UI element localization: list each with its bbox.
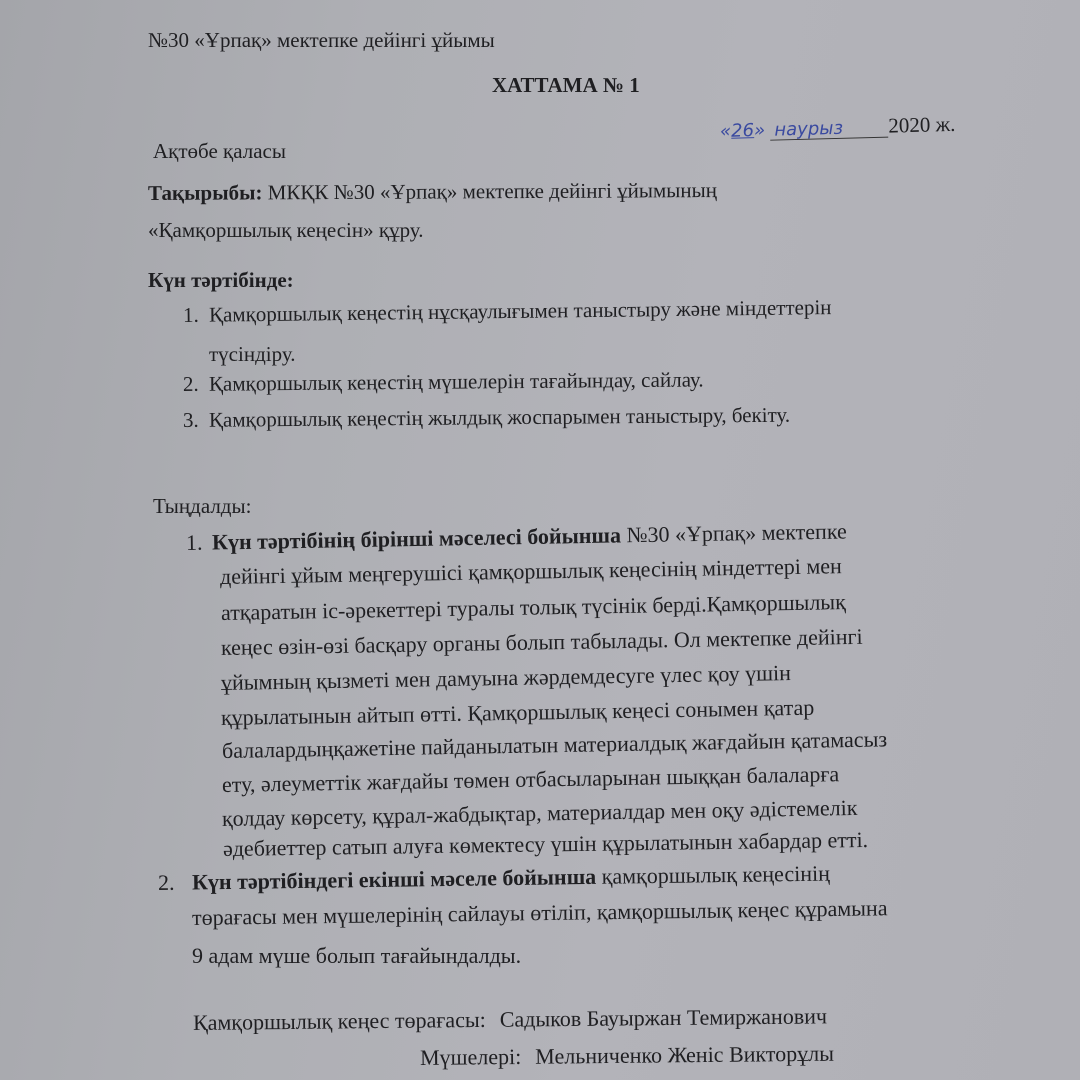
agenda-item-3: 3.Қамқоршылық кеңестің жылдық жоспарымен… [183,405,790,431]
topic-label: Тақырыбы: [148,180,263,205]
city: Ақтөбе қаласы [153,141,286,162]
heard-item-1-line: атқаратын іс-әрекеттері туралы толық түс… [221,591,846,624]
topic-text-1: МКҚК №30 «Ұрпақ» мектепке дейінгі ұйымын… [262,178,717,204]
heard-item-1-line: әдебиеттер сатып алуға көмектесу үшін құ… [223,829,868,860]
heard-item-number: 2. [158,872,192,894]
agenda-heading: Күн тәртібінде: [148,270,294,291]
heard-item-2-line: төрағасы мен мүшелерінің сайлауы өтіліп,… [192,897,888,929]
heard-item-number: 1. [186,532,212,554]
heard-item-1-line: балалардыңқажетіне пайданылатын материал… [222,728,887,762]
topic-line-1: Тақырыбы: МКҚК №30 «Ұрпақ» мектепке дейі… [148,180,717,204]
heard-item-1-line: дейінгі ұйым меңгерушісі қамқоршылық кең… [220,555,842,588]
agenda-item-text: Қамқоршылық кеңестің жылдық жоспарымен т… [209,403,790,432]
heard-item-text: қамқоршылық кеңесінің [596,861,830,889]
agenda-item-text: Қамқоршылық кеңестің мүшелерін тағайында… [209,367,704,395]
date-day-handwritten: 26 [731,120,754,142]
heard-item-1-line: ұйымның қызметі мен дамуына жәрдемдесуге… [221,662,791,694]
member-name: Мельниченко Женіс Викторұлы [535,1041,834,1069]
date-year: 2020 ж. [888,112,956,138]
council-chair-row: Қамқоршылық кеңес төрағасы:Садыков Бауыр… [193,1005,827,1034]
heard-item-lead: Күн тәртібінің бірінші мәселесі бойынша [212,522,621,554]
heard-item-lead: Күн тәртібіндегі екінші мәселе бойынша [192,864,597,895]
date-month-handwritten: наурыз [770,119,888,141]
document-date: «26» наурыз2020 ж. [720,114,956,142]
heard-item-1-line: кеңес өзін-өзі басқару органы болып табы… [221,626,863,659]
document-title: ХАТТАМА № 1 [492,75,640,96]
council-members-row: Мүшелері:Мельниченко Женіс Викторұлы [420,1043,834,1069]
agenda-item-number: 3. [183,410,209,431]
date-open-quote: « [720,121,732,142]
agenda-item-text: Қамқоршылық кеңестің нұсқаулығымен таныс… [209,295,832,327]
heard-item-1-line: құрылатынын айтып өтті. Қамқоршылық кеңе… [221,697,815,729]
agenda-item-number: 2. [183,374,209,395]
members-label: Мүшелері: [420,1044,521,1070]
topic-line-2: «Қамқоршылық кеңесін» құру. [148,220,423,241]
heard-item-1-line: қолдау көрсету, құрал-жабдықтар, материа… [222,797,858,830]
heard-heading: Тыңдалды: [153,496,251,517]
agenda-item-1-cont: түсіндіру. [209,344,295,365]
heard-item-1-line-1: 1.Күн тәртібінің бірінші мәселесі бойынш… [186,520,847,554]
heard-item-text: №30 «Ұрпақ» мектепке [621,518,847,547]
agenda-item-2: 2.Қамқоршылық кеңестің мүшелерін тағайын… [183,369,704,395]
agenda-item-number: 1. [183,305,209,326]
heard-item-1-line: ету, әлеуметтік жағдайы төмен отбасылары… [222,763,840,796]
agenda-item-1: 1.Қамқоршылық кеңестің нұсқаулығымен тан… [183,297,832,326]
heard-item-2-line-1: 2.Күн тәртібіндегі екінші мәселе бойынша… [158,863,830,894]
date-close-quote: » [754,120,766,141]
organization-name: №30 «Ұрпақ» мектепке дейінгі ұйымы [148,30,495,51]
chair-name: Садыков Бауыржан Темиржанович [500,1003,827,1031]
document-page: №30 «Ұрпақ» мектепке дейінгі ұйымы ХАТТА… [0,0,1080,1080]
heard-item-2-line: 9 адам мүше болып тағайындалды. [192,945,521,967]
chair-label: Қамқоршылық кеңес төрағасы: [193,1007,486,1035]
